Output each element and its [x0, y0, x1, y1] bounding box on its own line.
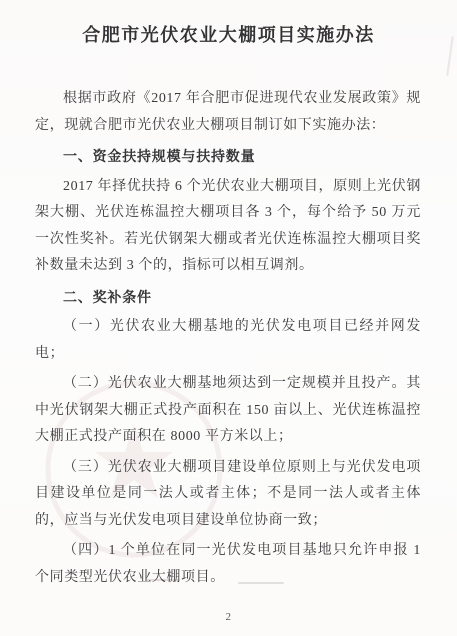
- section-2-item-4: （四）1 个单位在同一光伏发电项目基地只允许申报 1 个同类型光伏农业大棚项目。: [35, 538, 421, 591]
- section-2-item-1: （一）光伏农业大棚基地的光伏发电项目已经并网发电；: [35, 314, 421, 367]
- section-1-paragraph: 2017 年择优扶持 6 个光伏农业大棚项目，原则上光伏钢架大棚、光伏连栋温控大…: [35, 174, 421, 280]
- document-body: 根据市政府《2017 年合肥市促进现代农业发展政策》规定，现就合肥市光伏农业大棚…: [35, 86, 421, 591]
- scanned-document-page: 合肥市光伏农业大棚项目实施办法 根据市政府《2017 年合肥市促进现代农业发展政…: [0, 0, 457, 636]
- section-2-item-2: （二）光伏农业大棚基地须达到一定规模并且投产。其中光伏钢架大棚正式投产面积在 1…: [35, 371, 421, 451]
- page-number: 2: [0, 611, 457, 623]
- section-2-item-3: （三）光伏农业大棚项目建设单位原则上与光伏发电项目建设单位是同一法人或者主体；不…: [35, 455, 421, 535]
- intro-paragraph: 根据市政府《2017 年合肥市促进现代农业发展政策》规定，现就合肥市光伏农业大棚…: [35, 86, 421, 139]
- section-2-heading: 二、奖补条件: [35, 284, 421, 311]
- section-1-heading: 一、资金扶持规模与扶持数量: [35, 143, 421, 170]
- document-title: 合肥市光伏农业大棚项目实施办法: [0, 0, 457, 47]
